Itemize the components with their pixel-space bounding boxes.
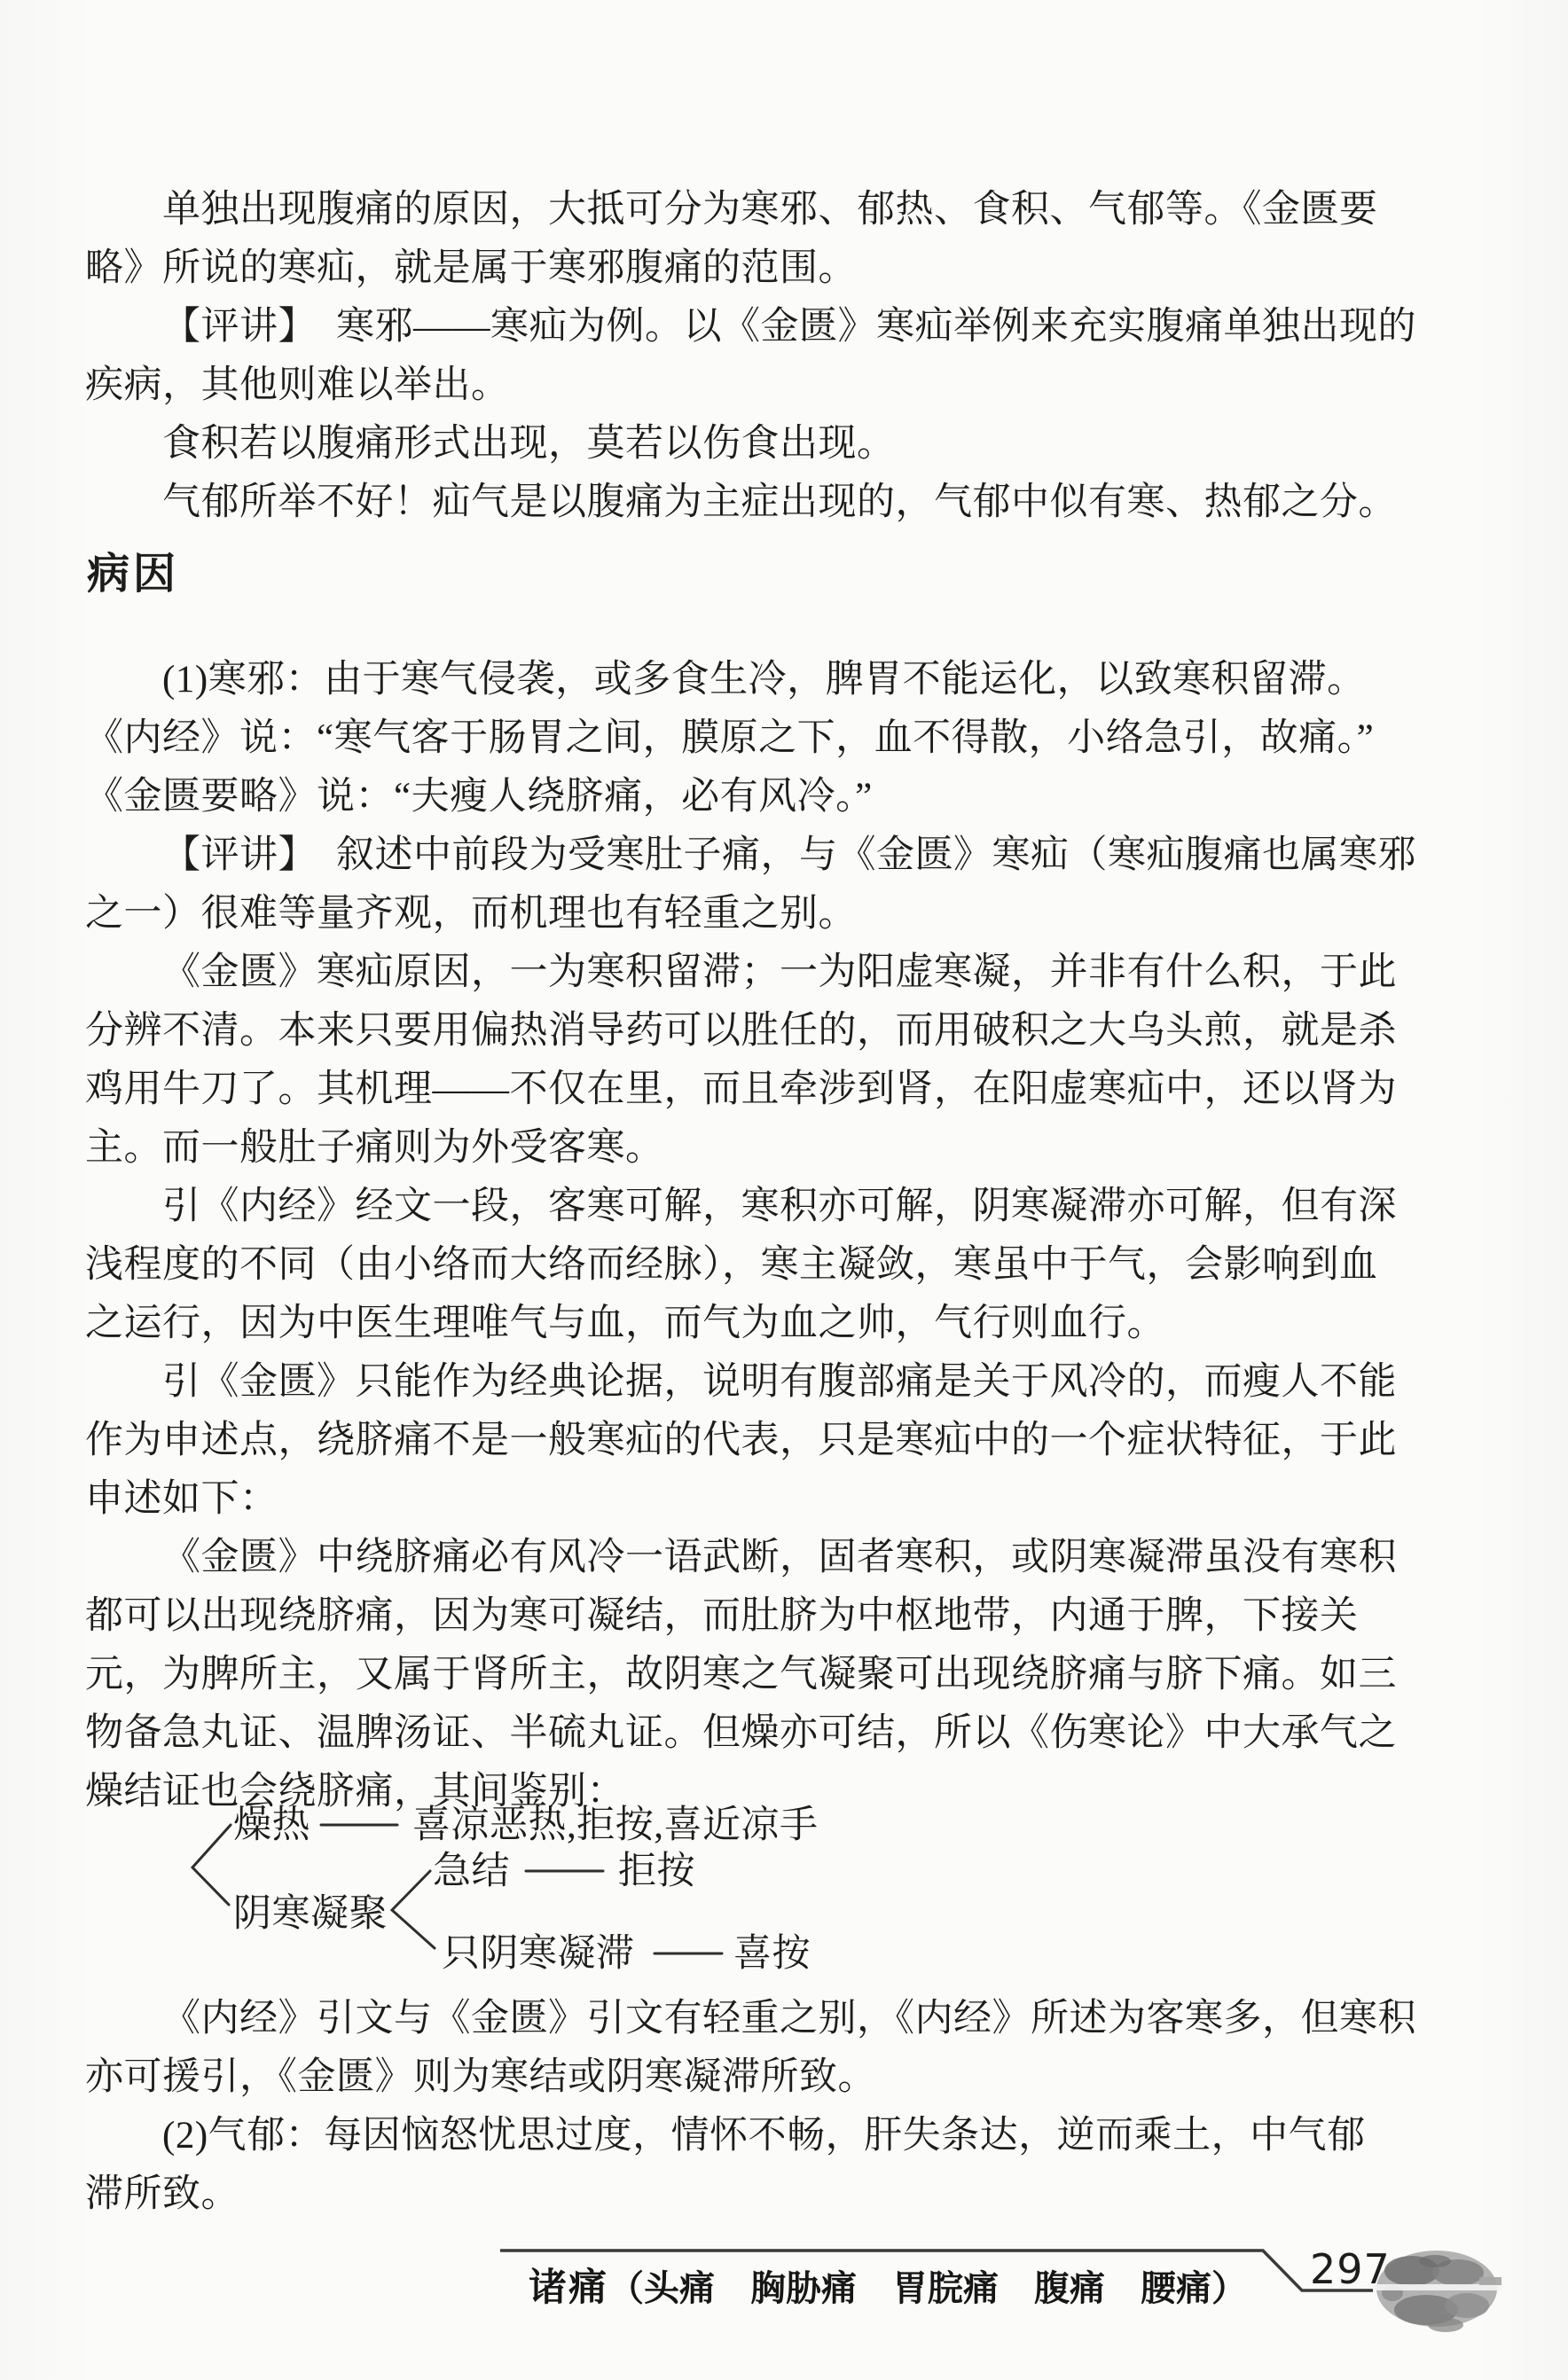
paragraph: 《金匮》中绕脐痛必有风冷一语武断，固者寒积，或阴寒凝滞虽没有寒积都可以出现绕脐痛…	[85, 1529, 1483, 1821]
ink-stamp-icon	[1373, 2247, 1501, 2337]
text-line: 之运行，因为中医生理唯气与血，而气为血之帅，气行则血行。	[85, 1295, 1483, 1353]
diagram-desc-acute-binding: 拒按	[618, 1852, 695, 1892]
paragraph: (2)气郁：每因恼怒忧思过度，情怀不畅，肝失条达，逆而乘土，中气郁滞所致。	[85, 2107, 1483, 2224]
text-line: (1)寒邪：由于寒气侵袭，或多食生冷，脾胃不能运化，以致寒积留滞。	[85, 651, 1483, 709]
paragraphs-top: 单独出现腹痛的原因，大抵可分为寒邪、郁热、食积、气郁等。《金匮要略》所说的寒疝，…	[85, 181, 1483, 532]
diagram-desc-dry-heat: 喜凉恶热,拒按,喜近凉手	[412, 1805, 819, 1846]
paragraph: 引《金匮》只能作为经典论据，说明有腹部痛是关于风冷的，而瘦人不能作为申述点，绕脐…	[85, 1353, 1483, 1529]
text-line: 疾病，其他则难以举出。	[85, 356, 1483, 415]
text-line: 主。而一般肚子痛则为外受客寒。	[85, 1119, 1483, 1178]
diagram-node-acute-binding: 急结	[433, 1852, 510, 1892]
differential-diagram: 燥热 喜凉恶热,拒按,喜近凉手 急结 拒按 阴寒凝聚 只阴寒凝滞 喜按	[85, 1805, 1483, 1979]
text-line: 之一）很难等量齐观，而机理也有轻重之别。	[85, 885, 1483, 943]
footer-subsection-list: （头痛 胸胁痛 胃脘痛 腹痛 腰痛）	[608, 2268, 1247, 2308]
paragraph: 气郁所举不好！疝气是以腹痛为主症出现的，气郁中似有寒、热郁之分。	[85, 474, 1483, 532]
text-line: 略》所说的寒疝，就是属于寒邪腹痛的范围。	[85, 239, 1483, 298]
section-heading: 病因	[87, 552, 1483, 598]
text-line: 分辨不清。本来只要用偏热消导药可以胜任的，而用破积之大乌头煎，就是杀	[85, 1002, 1483, 1061]
diagram-node-cold-congeal: 阴寒凝聚	[233, 1894, 388, 1935]
text-line: 《内经》引文与《金匮》引文有轻重之别，《内经》所述为客寒多，但寒积	[85, 1990, 1483, 2048]
text-line: 申述如下：	[85, 1470, 1483, 1529]
text-line: 亦可援引，《金匮》则为寒结或阴寒凝滞所致。	[85, 2048, 1483, 2107]
text-line: 《金匮》中绕脐痛必有风冷一语武断，固者寒积，或阴寒凝滞虽没有寒积	[85, 1529, 1483, 1587]
paragraph: 【评讲】 寒邪——寒疝为例。以《金匮》寒疝举例来充实腹痛单独出现的疾病，其他则难…	[85, 298, 1483, 415]
text-line: (2)气郁：每因恼怒忧思过度，情怀不畅，肝失条达，逆而乘土，中气郁	[85, 2107, 1483, 2165]
text-line: 作为申述点，绕脐痛不是一般寒疝的代表，只是寒疝中的一个症状特征，于此	[85, 1412, 1483, 1470]
text-line: 气郁所举不好！疝气是以腹痛为主症出现的，气郁中似有寒、热郁之分。	[85, 474, 1483, 532]
text-line: 食积若以腹痛形式出现，莫若以伤食出现。	[85, 415, 1483, 474]
text-line: 引《金匮》只能作为经典论据，说明有腹部痛是关于风冷的，而瘦人不能	[85, 1353, 1483, 1412]
text-line: 滞所致。	[85, 2165, 1483, 2224]
text-line: 【评讲】 叙述中前段为受寒肚子痛，与《金匮》寒疝（寒疝腹痛也属寒邪	[85, 826, 1483, 885]
paragraph: (1)寒邪：由于寒气侵袭，或多食生冷，脾胃不能运化，以致寒积留滞。《内经》说：“…	[85, 651, 1483, 826]
text-line: 元，为脾所主，又属于肾所主，故阴寒之气凝聚可出现绕脐痛与脐下痛。如三	[85, 1646, 1483, 1704]
paragraph: 引《内经》经文一段，客寒可解，寒积亦可解，阴寒凝滞亦可解，但有深浅程度的不同（由…	[85, 1178, 1483, 1353]
text-line: 《内经》说：“寒气客于肠胃之间，膜原之下，血不得散，小络急引，故痛。”	[85, 709, 1483, 768]
book-page: 单独出现腹痛的原因，大抵可分为寒邪、郁热、食积、气郁等。《金匮要略》所说的寒疝，…	[0, 0, 1568, 2380]
paragraphs-bottom: 《内经》引文与《金匮》引文有轻重之别，《内经》所述为客寒多，但寒积亦可援引，《金…	[85, 1990, 1483, 2224]
paragraph: 【评讲】 叙述中前段为受寒肚子痛，与《金匮》寒疝（寒疝腹痛也属寒邪之一）很难等量…	[85, 826, 1483, 943]
diagram-node-only-cold: 只阴寒凝滞	[442, 1934, 635, 1975]
text-line: 《金匮》寒疝原因，一为寒积留滞；一为阳虚寒凝，并非有什么积，于此	[85, 943, 1483, 1002]
text-line: 都可以出现绕脐痛，因为寒可凝结，而肚脐为中枢地带，内通于脾，下接关	[85, 1587, 1483, 1646]
text-line: 《金匮要略》说：“夫瘦人绕脐痛，必有风冷。”	[85, 768, 1483, 826]
text-line: 鸡用牛刀了。其机理——不仅在里，而且牵涉到肾，在阳虚寒疝中，还以肾为	[85, 1061, 1483, 1119]
text-line: 【评讲】 寒邪——寒疝为例。以《金匮》寒疝举例来充实腹痛单独出现的	[85, 298, 1483, 356]
text-line: 物备急丸证、温脾汤证、半硫丸证。但燥亦可结，所以《伤寒论》中大承气之	[85, 1704, 1483, 1763]
paragraph: 《内经》引文与《金匮》引文有轻重之别，《内经》所述为客寒多，但寒积亦可援引，《金…	[85, 1990, 1483, 2107]
text-line: 引《内经》经文一段，客寒可解，寒积亦可解，阴寒凝滞亦可解，但有深	[85, 1178, 1483, 1236]
diagram-desc-only-cold: 喜按	[733, 1934, 811, 1975]
paragraph: 《金匮》寒疝原因，一为寒积留滞；一为阳虚寒凝，并非有什么积，于此分辨不清。本来只…	[85, 943, 1483, 1178]
paragraph: 食积若以腹痛形式出现，莫若以伤食出现。	[85, 415, 1483, 474]
text-line: 浅程度的不同（由小络而大络而经脉），寒主凝敛，寒虽中于气，会影响到血	[85, 1236, 1483, 1295]
diagram-node-dry-heat: 燥热	[233, 1805, 310, 1846]
text-line: 单独出现腹痛的原因，大抵可分为寒邪、郁热、食积、气郁等。《金匮要	[85, 181, 1483, 239]
footer-section-name: 诸痛	[529, 2267, 608, 2309]
page-content: 单独出现腹痛的原因，大抵可分为寒邪、郁热、食积、气郁等。《金匮要略》所说的寒疝，…	[85, 181, 1483, 2224]
paragraph: 单独出现腹痛的原因，大抵可分为寒邪、郁热、食积、气郁等。《金匮要略》所说的寒疝，…	[85, 181, 1483, 298]
footer-chapter-title: 诸痛（头痛 胸胁痛 胃脘痛 腹痛 腰痛）	[529, 2266, 1247, 2311]
paragraphs-mid: (1)寒邪：由于寒气侵袭，或多食生冷，脾胃不能运化，以致寒积留滞。《内经》说：“…	[85, 651, 1483, 1821]
